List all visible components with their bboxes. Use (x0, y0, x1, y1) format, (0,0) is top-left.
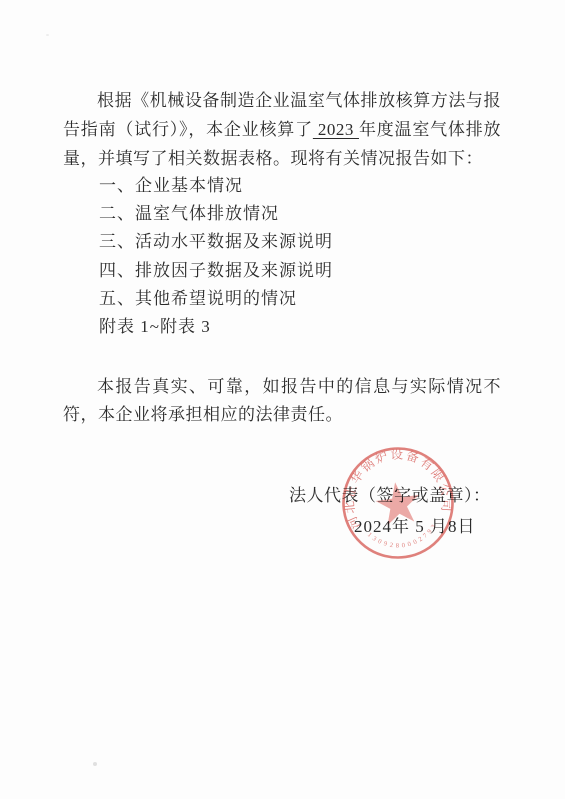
report-year: 2023 (313, 120, 359, 139)
legal-representative-signature-label: 法人代表（签字或盖章）： (289, 481, 491, 506)
document-page: 根据《机械设备制造企业温室气体排放核算方法与报告指南（试行）》，本企业核算了 2… (0, 0, 565, 799)
list-item-emission-factors: 四、排放因子数据及来源说明 (99, 257, 333, 285)
list-item-appendix-tables: 附表 1~附表 3 (99, 313, 333, 341)
list-item-other-notes: 五、其他希望说明的情况 (99, 285, 333, 313)
scan-speckle (46, 34, 49, 36)
scan-speckle (93, 762, 97, 766)
signature-date: 2024年 5 月8日 (354, 512, 476, 537)
intro-paragraph: 根据《机械设备制造企业温室气体排放核算方法与报告指南（试行）》，本企业核算了 2… (63, 86, 501, 173)
section-list: 一、企业基本情况 二、温室气体排放情况 三、活动水平数据及来源说明 四、排放因子… (99, 172, 333, 341)
list-item-basic-info: 一、企业基本情况 (99, 172, 333, 200)
list-item-activity-data: 三、活动水平数据及来源说明 (99, 228, 333, 256)
declaration-paragraph: 本报告真实、可靠，如报告中的信息与实际情况不符，本企业将承担相应的法律责任。 (63, 373, 501, 429)
list-item-ghg-emissions: 二、温室气体排放情况 (99, 200, 333, 228)
